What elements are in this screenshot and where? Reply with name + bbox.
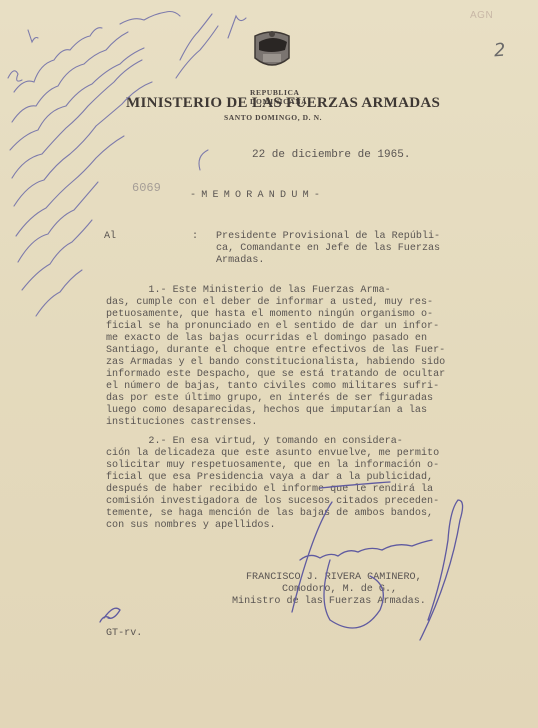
archive-stamp: AGN	[470, 10, 493, 21]
addressee-line: Presidente Provisional de la Repúbli-	[216, 231, 440, 243]
reference-number: 6069	[132, 181, 161, 195]
body-line: das por este último grupo, en interés de…	[106, 393, 433, 405]
body-line: ficial que esa Presidencia vaya a dar a …	[106, 472, 433, 484]
addressee-label: Al	[104, 231, 116, 243]
signer-rank: Comodoro, M. de G.,	[282, 584, 397, 596]
body-line: comisión investigadora de los sucesos ci…	[106, 496, 439, 508]
typist-initials: GT-rv.	[106, 628, 142, 640]
body-line: instituciones castrenses.	[106, 417, 257, 429]
page-number: 2	[493, 40, 506, 62]
document-date: 22 de diciembre de 1965.	[252, 150, 410, 162]
body-line: solicitar muy respetuosamente, que en la…	[106, 460, 439, 472]
document-type: -MEMORANDUM-	[190, 190, 325, 202]
body-line: Santiago, durante el choque entre efecti…	[106, 345, 445, 357]
addressee-line: ca, Comandante en Jefe de las Fuerzas	[216, 243, 440, 255]
body-line: con sus nombres y apellidos.	[106, 520, 276, 532]
body-line: 2.- En esa virtud, y tomando en consider…	[106, 436, 403, 448]
signer-title: Ministro de las Fuerzas Armadas.	[232, 596, 426, 608]
body-line: 1.- Este Ministerio de las Fuerzas Arma-	[106, 285, 391, 297]
letterhead-ministry: MINISTERIO DE LAS FUERZAS ARMADAS	[126, 95, 440, 112]
body-line: petuosamente, que hasta el momento ningú…	[106, 309, 433, 321]
letterhead-city: SANTO DOMINGO, D. N.	[224, 113, 344, 122]
body-line: ficial se ha pronunciado en el sentido d…	[106, 321, 439, 333]
document-page: AGN 2 REPUBLICA DOMINICANA MINISTERIO DE…	[0, 0, 538, 728]
signer-name: FRANCISCO J. RIVERA CAMINERO,	[246, 572, 422, 584]
body-line: temente, se haga mención de las bajas de…	[106, 508, 433, 520]
addressee-line: Armadas.	[216, 255, 264, 267]
handwriting-scribble-icon	[8, 12, 246, 317]
coat-of-arms-icon	[249, 28, 295, 74]
body-line: el número de bajas, tanto civiles como m…	[106, 381, 439, 393]
body-line: luego como desaparecidas, hechos que imp…	[106, 405, 427, 417]
body-line: zas Armadas y el bando constitucionalist…	[106, 357, 445, 369]
body-line: me exacto de las bajas ocurridas el domi…	[106, 333, 427, 345]
addressee-separator: :	[192, 231, 198, 243]
body-line: das, cumple con el deber de informar a u…	[106, 297, 433, 309]
body-line: después de haber recibido el informe que…	[106, 484, 433, 496]
body-line: informado este Despacho, que se está tra…	[106, 369, 445, 381]
body-line: ción la delicadeza que este asunto envue…	[106, 448, 439, 460]
